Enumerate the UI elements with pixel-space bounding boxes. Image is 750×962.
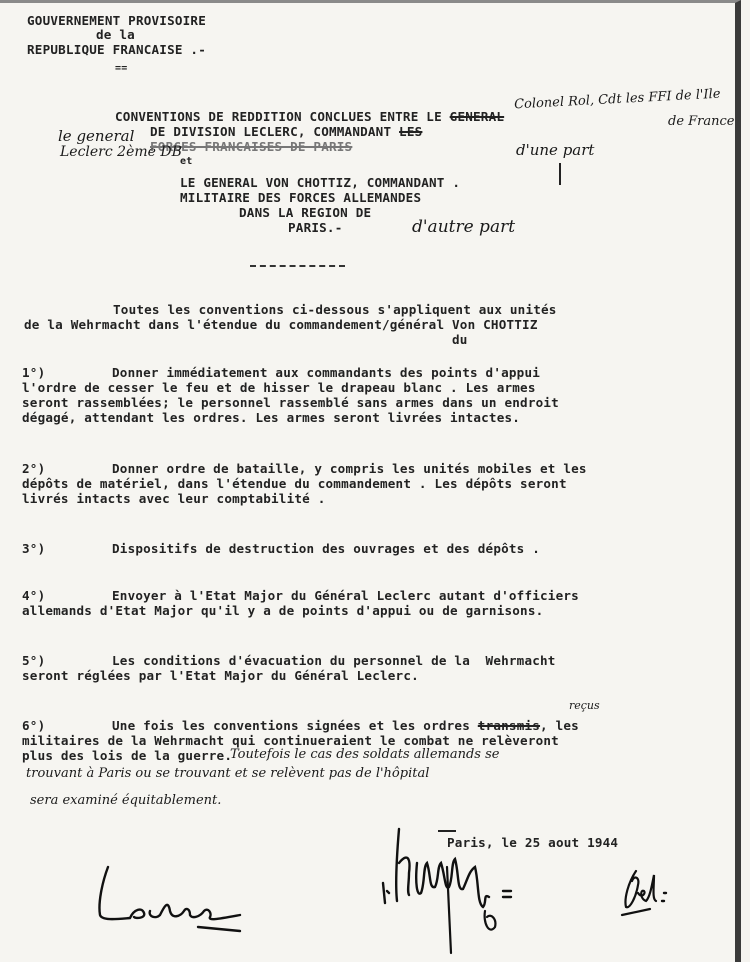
article-1-line-3: seront rassemblées; le personnel rassemb… [22, 395, 559, 410]
title-line-8: PARIS.- [288, 220, 342, 235]
title-line-2: DE DIVISION LECLERC, COMMANDANT LES [150, 124, 422, 139]
header-line-2: de la [96, 27, 135, 42]
intro-line-3: du [452, 332, 468, 347]
article-5-number: 5°) [22, 653, 45, 668]
addendum-line-1: Toutefois le cas des soldats allemands s… [230, 747, 499, 762]
article-6-number: 6°) [22, 718, 45, 733]
annotation-leclerc-2eme-db: Leclerc 2ème DB [60, 144, 182, 160]
article-4-number: 4°) [22, 588, 45, 603]
title-line-5: LE GENERAL VON CHOTTIZ, COMMANDANT . [180, 175, 460, 190]
article-3-number: 3°) [22, 541, 45, 556]
header-line-3: REPUBLIQUE FRANCAISE .- [27, 42, 206, 57]
article-2-line-2: dépôts de matériel, dans l'étendue du co… [22, 476, 567, 491]
struck-general: GENERAL [450, 109, 504, 124]
annotation-dautre-part: d'autre part [412, 217, 515, 237]
article-4-line-2: allemands d'Etat Major qu'il y a de poin… [22, 603, 543, 618]
article-3-line-1: Dispositifs de destruction des ouvrages … [112, 541, 540, 556]
annotation-le-general: le general [58, 127, 134, 145]
title-line-1: CONVENTIONS DE REDDITION CONCLUES ENTRE … [115, 109, 504, 124]
article-5-line-1: Les conditions d'évacuation du personnel… [112, 653, 556, 668]
annotation-de-france: de France [668, 114, 734, 129]
struck-les: LES [399, 124, 422, 139]
document-page: GOUVERNEMENT PROVISOIRE de la REPUBLIQUE… [0, 0, 741, 962]
article-6-line-1: Une fois les conventions signées et les … [112, 718, 579, 733]
header-line-1: GOUVERNEMENT PROVISOIRE [27, 13, 206, 28]
article-1-line-1: Donner immédiatement aux commandants des… [112, 365, 540, 380]
addendum-line-3: sera examiné équitablement. [30, 793, 221, 808]
header-mark: == [115, 61, 127, 76]
article-1-line-4: dégagé, attendant les ordres. Les armes … [22, 410, 520, 425]
article-4-line-1: Envoyer à l'Etat Major du Général Lecler… [112, 588, 579, 603]
annotation-dune-part: d'une part [516, 141, 594, 159]
signature-leclerc: Leclerc [90, 863, 260, 938]
signature-choltitz: v. Choltitz [365, 823, 555, 962]
article-2-line-3: livrés intacts avec leur comptabilité . [22, 491, 326, 506]
article-5-line-2: seront réglées par l'Etat Major du Génér… [22, 668, 419, 683]
annotation-stroke [559, 163, 561, 185]
article-1-number: 1°) [22, 365, 45, 380]
struck-transmis: transmis [478, 718, 540, 733]
annotation-colonel-rol: Colonel Rol, Cdt les FFI de l'Ile [514, 87, 721, 113]
intro-line-2: de la Wehrmacht dans l'étendue du comman… [24, 317, 538, 332]
article-6-line-2: militaires de la Wehrmacht qui continuer… [22, 733, 559, 748]
annotation-recus: reçus [569, 699, 600, 712]
title-line-6: MILITAIRE DES FORCES ALLEMANDES [180, 190, 421, 205]
intro-line-1: Toutes les conventions ci-dessous s'appl… [113, 302, 557, 317]
article-6-line-3: plus des lois de la guerre. [22, 748, 232, 763]
article-2-number: 2°) [22, 461, 45, 476]
title-line-7: DANS LA REGION DE [239, 205, 371, 220]
separator-rule [250, 265, 345, 267]
signature-rol: Rol [610, 863, 690, 923]
article-2-line-1: Donner ordre de bataille, y compris les … [112, 461, 587, 476]
article-1-line-2: l'ordre de cesser le feu et de hisser le… [22, 380, 536, 395]
addendum-line-2: trouvant à Paris ou se trouvant et se re… [26, 766, 429, 781]
